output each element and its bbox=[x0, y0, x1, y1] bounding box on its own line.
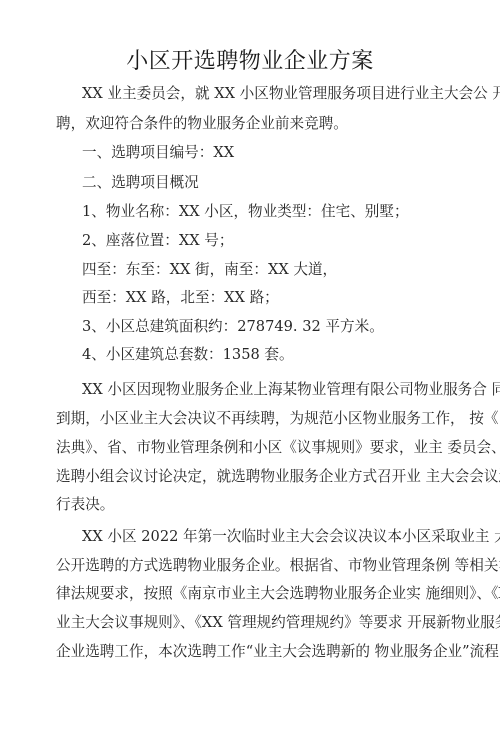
body-text-line: 企业选聘工作，本次选聘工作“业主大会选聘新的 物业服务企业”流程 bbox=[56, 642, 444, 662]
body-text-line: 法典》、省、市物业管理条例和小区《议事规则》要求，业主 委员会、 bbox=[56, 438, 444, 458]
body-text-line: XX 小区 2022 年第一次临时业主大会会议决议本小区采取业主 大会 bbox=[82, 527, 444, 547]
body-text-line: 聘，欢迎符合条件的物业服务企业前来竞聘。 bbox=[56, 114, 444, 134]
body-text-line: 四至：东至：XX 街，南至：XX 大道， bbox=[82, 260, 444, 280]
body-text-line: 律法规要求，按照《南京市业主大会选聘物业服务企业实 施细则》、《XX bbox=[56, 584, 444, 604]
body-text-line: XX 业主委员会，就 XX 小区物业管理服务项目进行业主大会公 开选 bbox=[82, 84, 444, 104]
body-text-line: 西至：XX 路，北至：XX 路； bbox=[82, 288, 444, 308]
body-text-line: 公开选聘的方式选聘物业服务企业。根据省、市物业管理条例 等相关法 bbox=[56, 556, 444, 576]
body-text-line: 到期，小区业主大会决议不再续聘，为规范小区物业服务工作， 按《民 bbox=[56, 409, 444, 429]
body-text-line: 二、选聘项目概况 bbox=[82, 173, 444, 193]
document-title: 小区开选聘物业企业方案 bbox=[0, 47, 500, 77]
body-text-line: 2、座落位置：XX 号； bbox=[82, 231, 444, 251]
body-text-line: 4、小区建筑总套数：1358 套。 bbox=[82, 345, 444, 365]
body-text-line: 1、物业名称：XX 小区，物业类型：住宅、别墅； bbox=[82, 202, 444, 222]
body-text-line: 选聘小组会议讨论决定，就选聘物业服务企业方式召开业 主大会会议进 bbox=[56, 467, 444, 487]
document-page: 小区开选聘物业企业方案 XX 业主委员会，就 XX 小区物业管理服务项目进行业主… bbox=[0, 0, 500, 739]
body-text-line: 业主大会议事规则》、《XX 管理规约管理规约》等要求 开展新物业服务 bbox=[56, 613, 444, 633]
body-text-line: 一、选聘项目编号：XX bbox=[82, 143, 444, 163]
body-text-line: XX 小区因现物业服务企业上海某物业管理有限公司物业服务合 同 bbox=[82, 380, 444, 400]
body-text-line: 行表决。 bbox=[56, 495, 444, 515]
body-text-line: 3、小区总建筑面积约：278749. 32 平方米。 bbox=[82, 317, 444, 337]
